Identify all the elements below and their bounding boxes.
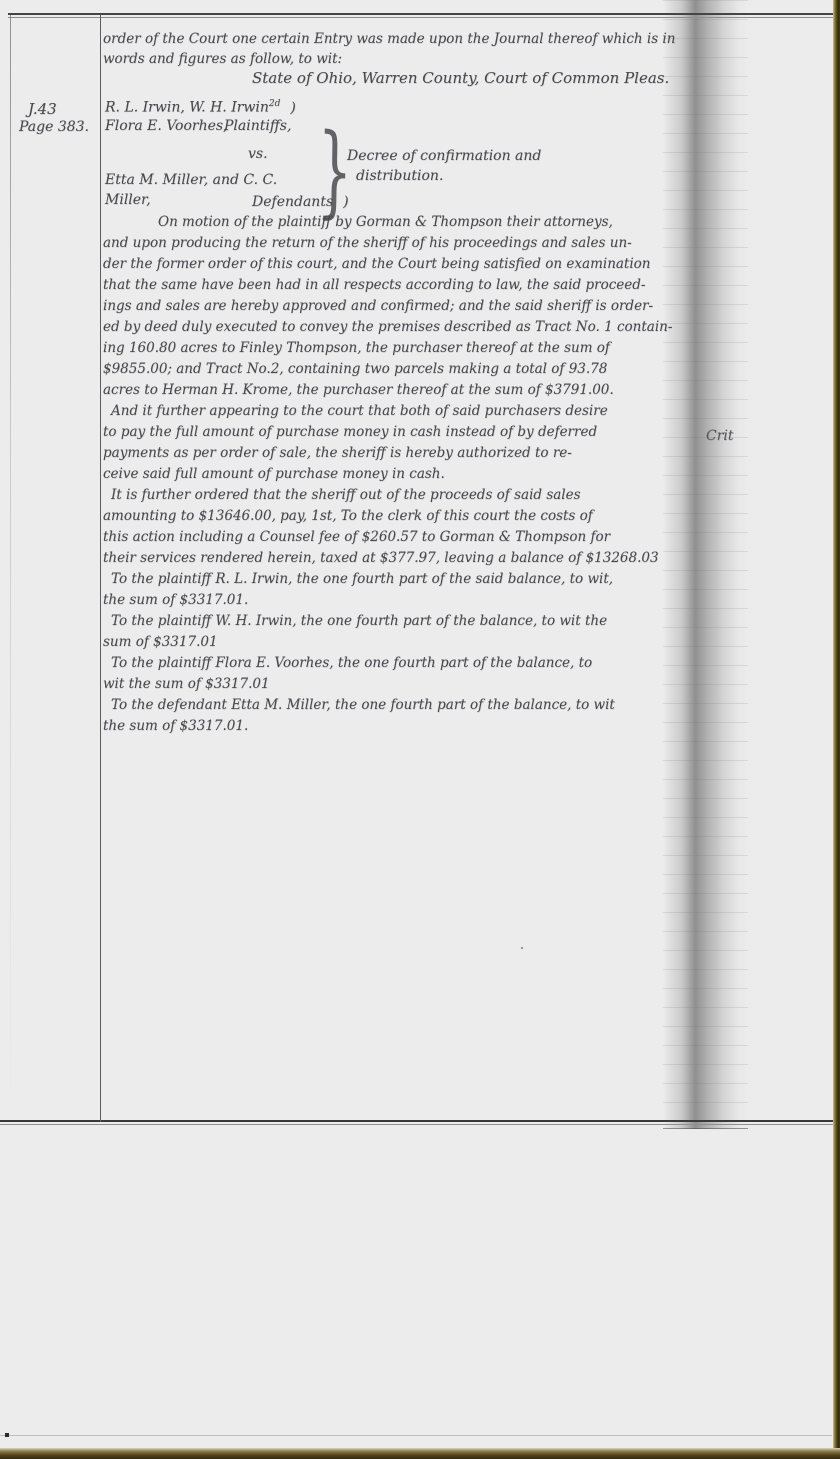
handwritten-line: To the plaintiff Flora E. Voorhes, the o… bbox=[103, 653, 703, 674]
caption-versus: vs. bbox=[248, 146, 268, 162]
handwritten-line: their services rendered herein, taxed at… bbox=[103, 548, 703, 569]
caption-defendant-names-line1: Etta M. Miller, and C. C. bbox=[105, 172, 277, 188]
caption-brace: } bbox=[316, 126, 353, 216]
handwritten-line: ed by deed duly executed to convey the p… bbox=[103, 317, 703, 338]
gutter-side-note: Crit bbox=[706, 428, 734, 444]
handwritten-line: To the defendant Etta M. Miller, the one… bbox=[103, 695, 703, 716]
handwritten-line: It is further ordered that the sheriff o… bbox=[103, 485, 703, 506]
lower-faint-line bbox=[0, 1435, 832, 1436]
handwritten-line: amounting to $13646.00, pay, 1st, To the… bbox=[103, 506, 703, 527]
ink-speck bbox=[5, 1433, 9, 1437]
top-double-rule bbox=[8, 13, 836, 18]
decree-body-text: On motion of the plaintiff by Gorman & T… bbox=[103, 212, 703, 737]
handwritten-line: ceive said full amount of purchase money… bbox=[103, 464, 703, 485]
handwritten-line: that the same have been had in all respe… bbox=[103, 275, 703, 296]
handwritten-line: words and figures as follow, to wit: bbox=[103, 50, 699, 70]
handwritten-line: this action including a Counsel fee of $… bbox=[103, 527, 703, 548]
scan-border-right bbox=[833, 0, 840, 1459]
handwritten-line: $9855.00; and Tract No.2, containing two… bbox=[103, 359, 703, 380]
handwritten-line: ing 160.80 acres to Finley Thompson, the… bbox=[103, 338, 703, 359]
court-heading: State of Ohio, Warren County, Court of C… bbox=[252, 69, 669, 87]
handwritten-line: der the former order of this court, and … bbox=[103, 254, 703, 275]
handwritten-line: sum of $3317.01 bbox=[103, 632, 703, 653]
left-edge-crease-line bbox=[10, 15, 11, 1122]
name-suffix-superscript: 2d bbox=[269, 99, 281, 109]
handwritten-line: wit the sum of $3317.01 bbox=[103, 674, 703, 695]
caption-paren: ) bbox=[290, 100, 295, 116]
scanned-court-record-page: { "margin": { "case_ref": "J.43", "page_… bbox=[0, 0, 840, 1459]
scan-border-bottom bbox=[0, 1448, 840, 1459]
handwritten-line: To the plaintiff R. L. Irwin, the one fo… bbox=[103, 569, 703, 590]
decree-title-line2: distribution. bbox=[356, 168, 443, 184]
caption-plaintiff-names-line2: Flora E. Voorhes, bbox=[105, 118, 228, 134]
caption-plaintiffs-label: Plaintiffs, bbox=[224, 118, 291, 134]
handwritten-line: and upon producing the return of the she… bbox=[103, 233, 703, 254]
handwritten-line: ings and sales are hereby approved and c… bbox=[103, 296, 703, 317]
margin-case-reference: J.43 bbox=[28, 100, 57, 118]
margin-page-reference: Page 383. bbox=[19, 119, 89, 135]
caption-plaintiff-names-line1: R. L. Irwin, W. H. Irwin2d) bbox=[105, 99, 296, 116]
handwritten-line: to pay the full amount of purchase money… bbox=[103, 422, 703, 443]
ink-speck bbox=[521, 947, 523, 949]
decree-title-line1: Decree of confirmation and bbox=[347, 148, 541, 164]
handwritten-line: the sum of $3317.01. bbox=[103, 716, 703, 737]
plaintiff-names: R. L. Irwin, W. H. Irwin bbox=[105, 100, 269, 116]
handwritten-line: On motion of the plaintiff by Gorman & T… bbox=[103, 212, 703, 233]
handwritten-line: the sum of $3317.01. bbox=[103, 590, 703, 611]
bottom-double-rule bbox=[0, 1120, 838, 1125]
intro-paragraph: order of the Court one certain Entry was… bbox=[103, 30, 699, 69]
handwritten-line: acres to Herman H. Krome, the purchaser … bbox=[103, 380, 703, 401]
handwritten-line: payments as per order of sale, the sheri… bbox=[103, 443, 703, 464]
handwritten-line: order of the Court one certain Entry was… bbox=[103, 30, 699, 50]
margin-vertical-rule bbox=[100, 15, 101, 1122]
caption-defendant-names-line2: Miller, bbox=[105, 192, 151, 208]
handwritten-line: To the plaintiff W. H. Irwin, the one fo… bbox=[103, 611, 703, 632]
handwritten-line: And it further appearing to the court th… bbox=[103, 401, 703, 422]
